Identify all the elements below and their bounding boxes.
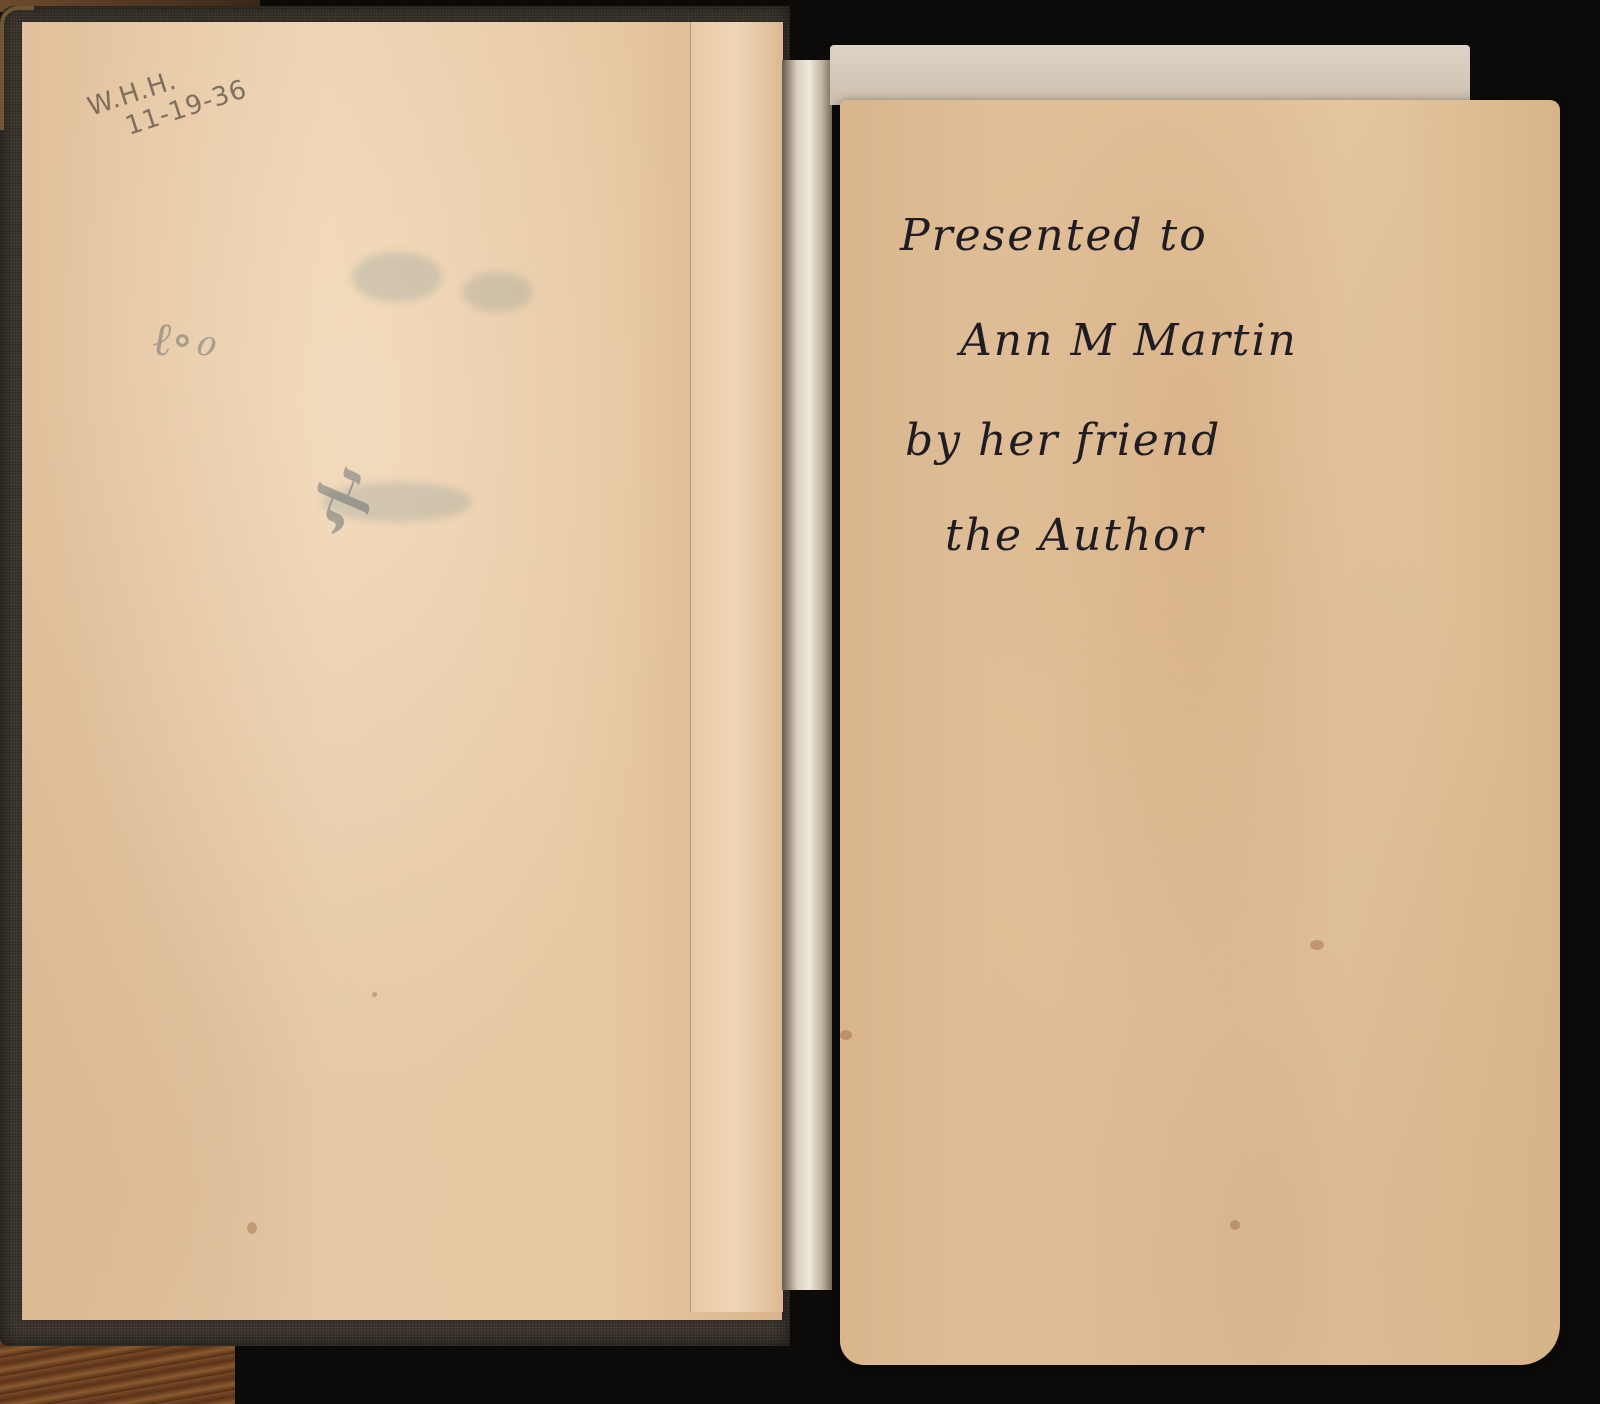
inscription-line-2: Ann M Martin xyxy=(960,315,1298,366)
blue-offset-mark xyxy=(462,272,532,312)
foxing-spot xyxy=(840,1030,852,1040)
left-endpaper: W.H.H. 11-19-36 ℓ∘ℴ ℵ xyxy=(22,22,782,1320)
endpaper-fold xyxy=(690,22,783,1312)
table-surface xyxy=(0,1340,235,1404)
foxing-spot xyxy=(247,1222,257,1234)
inscription-line-3: by her friend xyxy=(905,415,1221,466)
inscription-line-4: the Author xyxy=(945,510,1205,561)
page-stack-edge xyxy=(830,45,1470,105)
foxing-spot xyxy=(1230,1220,1240,1230)
faint-pencil-scribble: ℵ xyxy=(295,454,381,551)
book-gutter xyxy=(782,60,832,1290)
right-flyleaf: Presented to Ann M Martin by her friend … xyxy=(840,100,1560,1365)
pencil-catalog-note: W.H.H. 11-19-36 xyxy=(84,46,251,151)
foxing-spot xyxy=(372,992,377,997)
inscription-line-1: Presented to xyxy=(900,210,1208,261)
foxing-spot xyxy=(1310,940,1324,950)
handwritten-inscription: Presented to Ann M Martin by her friend … xyxy=(840,100,1560,1365)
faint-pencil-scribble: ℓ∘ℴ xyxy=(152,312,215,366)
blue-offset-mark xyxy=(352,252,442,302)
